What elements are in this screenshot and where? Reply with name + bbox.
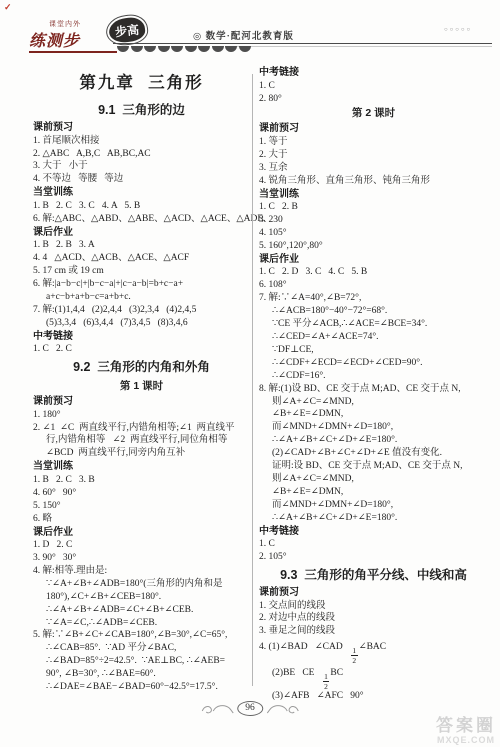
- answer-line: 1. C 2. B: [259, 201, 488, 214]
- answer-line: 1. B 2. B 3. A: [33, 239, 250, 252]
- answer-line: 而∠MND+∠DMN+∠D=180°,: [259, 421, 488, 434]
- fraction: 12: [351, 647, 358, 664]
- block-heading: 课前预习: [33, 395, 250, 409]
- answer-line: 180°),∠C+∠B+∠CEB=180°.: [33, 591, 250, 604]
- brand-name: 练测步: [29, 28, 80, 51]
- brand-badge: 步高: [108, 16, 146, 44]
- answer-line: 1. B 2. C 3. B: [33, 474, 250, 487]
- block-heading: 课后作业: [259, 253, 488, 267]
- answer-line: ∠B+∠E=∠DMN,: [259, 408, 488, 421]
- answer-line: ∴∠BAD=85°÷2=42.5°. ∵AE⊥BC, ∴∠AEB=: [33, 655, 250, 668]
- scallop-decoration: [117, 46, 251, 52]
- answer-line: 则∠A+∠C=∠MND,: [259, 473, 488, 486]
- edition-label: ◎ 数学·配河北教育版: [193, 28, 294, 42]
- answer-line: 行,内错角相等 ∠2 两直线平行,同位角相等: [33, 434, 250, 447]
- block-heading: 课前预习: [33, 121, 250, 135]
- answer-line: (5)3,3,4 (6)3,4,4 (7)3,4,5 (8)3,4,6: [33, 317, 250, 330]
- answer-line: 证明:设 BD、CE 交于点 M;AD、CE 交于点 N,: [259, 460, 488, 473]
- workbook-answer-page: ✓ 课堂内外 练测步 步高 ◎ 数学·配河北教育版 ○○○○○ 第九章 三角形9…: [0, 0, 500, 747]
- answer-line: ∴∠ACB=180°−40°−72°=68°.: [259, 305, 488, 318]
- answer-line: 而∠MND+∠DMN+∠D=180°,: [259, 499, 488, 512]
- answer-line: ∴∠CDF=16°.: [259, 370, 488, 383]
- watermark-title: 答案圈: [436, 717, 496, 735]
- answer-line: 4. 不等边 等腰 等边: [33, 173, 250, 186]
- chapter-title: 第九章 三角形: [33, 70, 250, 99]
- answer-line: 3. 大于 小于: [33, 160, 250, 173]
- block-heading: 中考链接: [259, 66, 488, 80]
- answer-line: 4. (1)∠BAD ∠CAD 12∠BAC: [259, 638, 488, 664]
- answer-line: ∴∠A+∠B+∠ADB=∠C+∠B+∠CEB.: [33, 604, 250, 617]
- answer-line: ∵CE 平分∠ACB,∴∠ACE=∠BCE=34°.: [259, 318, 488, 331]
- answer-line: ∵∠A=∠C,∴∠ADB=∠CEB.: [33, 617, 250, 630]
- lesson-title: 第 2 课时: [259, 105, 488, 122]
- answer-line: 7. 解:∵∠A=40°,∠B=72°,: [259, 292, 488, 305]
- block-heading: 课前预习: [259, 586, 488, 600]
- answer-line: 1. 首尾顺次相接: [33, 135, 250, 148]
- answer-line: 4. 4 △ACD、△ACB、△ACE、△ACF: [33, 252, 250, 265]
- brand-underline: [29, 51, 117, 53]
- flourish-right-icon: [266, 702, 300, 716]
- answer-line: 6. 解:△ABC、△ABD、△ABE、△ACD、△ACE、△ADE.: [33, 213, 250, 226]
- answer-line: ∵DF⊥CE,: [259, 344, 488, 357]
- answer-line: ∴∠DAE=∠BAE−∠BAD=60°−42.5°=17.5°.: [33, 681, 250, 694]
- answer-line: ∴∠CDF+∠ECD=∠ECD+∠CED=90°.: [259, 357, 488, 370]
- block-heading: 中考链接: [259, 525, 488, 539]
- answer-line: 1. D 2. C: [33, 539, 250, 552]
- answer-line: 5. 150°: [33, 500, 250, 513]
- answer-line: 2. 80°: [259, 93, 488, 106]
- answer-line: 1. C 2. C: [33, 343, 250, 356]
- answer-line: 3. 垂足之间的线段: [259, 625, 488, 638]
- flourish-left-icon: [200, 702, 234, 716]
- answer-line: a+c−b+a+b−c=a+b+c.: [33, 291, 250, 304]
- block-heading: 当堂训练: [33, 186, 250, 200]
- answer-line: 3. 230: [259, 214, 488, 227]
- lesson-title: 第 1 课时: [33, 378, 250, 395]
- answer-line: 4. 解:相等.理由是:: [33, 565, 250, 578]
- watermark-site: MXQE.COM: [436, 735, 496, 745]
- answer-line: (2)∠CAD+∠B+∠C+∠D+∠E 值没有变化.: [259, 447, 488, 460]
- page-number: 96: [237, 701, 263, 716]
- block-heading: 课后作业: [33, 226, 250, 240]
- answer-line: (2)BE CE 12BC: [259, 664, 488, 690]
- answer-line: 则∠A+∠C=∠MND,: [259, 396, 488, 409]
- answer-line: ∴∠CED=∠A+∠ACE=74°.: [259, 331, 488, 344]
- answer-line: 1. 交点间的线段: [259, 600, 488, 613]
- answer-line: 2. 大于: [259, 149, 488, 162]
- answer-line: ∠BCD 两直线平行,同旁内角互补: [33, 447, 250, 460]
- answer-line: 7. 解:(1)1,4,4 (2)2,4,4 (3)2,3,4 (4)2,4,5: [33, 304, 250, 317]
- header-rule: [113, 43, 492, 44]
- answer-line: 4. 锐角三角形、直角三角形、钝角三角形: [259, 175, 488, 188]
- answer-line: 2. △ABC A,B,C AB,BC,AC: [33, 148, 250, 161]
- answer-line: ∴∠A+∠B+∠C+∠D+∠E=180°.: [259, 434, 488, 447]
- right-column: 中考链接1. C2. 80°第 2 课时课前预习1. 等于2. 大于3. 互余4…: [259, 66, 488, 703]
- answer-line: 6. 108°: [259, 279, 488, 292]
- answer-line: ∴∠CAB=85°. ∵AD 平分∠BAC,: [33, 642, 250, 655]
- block-heading: 当堂训练: [33, 460, 250, 474]
- answer-line: ∴∠A+∠B+∠C+∠D+∠E=180°.: [259, 512, 488, 525]
- left-column: 第九章 三角形9.1 三角形的边课前预习1. 首尾顺次相接2. △ABC A,B…: [33, 70, 250, 694]
- section-title: 9.1 三角形的边: [33, 99, 250, 121]
- answer-line: 5. 解:∵∠B+∠C+∠CAB=180°,∠B=30°,∠C=65°,: [33, 629, 250, 642]
- block-heading: 中考链接: [33, 330, 250, 344]
- watermark: 答案圈 MXQE.COM: [436, 717, 496, 745]
- answer-line: 8. 解:(1)设 BD、CE 交于点 M;AD、CE 交于点 N,: [259, 383, 488, 396]
- answer-line: 1. 等于: [259, 136, 488, 149]
- answer-line: 1. C 2. D 3. C 4. C 5. B: [259, 266, 488, 279]
- answer-line: 2. 对边中点的线段: [259, 612, 488, 625]
- block-heading: 课前预习: [259, 122, 488, 136]
- corner-stamp-icon: ✓: [4, 2, 12, 13]
- answer-line: 4. 105°: [259, 227, 488, 240]
- page-footer: 96: [200, 701, 300, 716]
- answer-line: 1. 180°: [33, 409, 250, 422]
- answer-line: 2. ∠1 ∠C 两直线平行,内错角相等;∠1 两直线平: [33, 422, 250, 435]
- answer-line: 3. 90° 30°: [33, 552, 250, 565]
- answer-line: 5. 17 cm 或 19 cm: [33, 265, 250, 278]
- header-rule-shadow: [230, 46, 492, 47]
- block-heading: 课后作业: [33, 526, 250, 540]
- block-heading: 当堂训练: [259, 188, 488, 202]
- answer-line: ∠B+∠E=∠DMN,: [259, 486, 488, 499]
- section-title: 9.3 三角形的角平分线、中线和高: [259, 564, 488, 586]
- answer-line: 1. C: [259, 538, 488, 551]
- answer-line: ∵∠A+∠B+∠ADB=180°(三角形的内角和是: [33, 578, 250, 591]
- answer-line: 1. B 2. C 3. C 4. A 5. B: [33, 200, 250, 213]
- answer-line: 2. 105°: [259, 551, 488, 564]
- section-title: 9.2 三角形的内角和外角: [33, 356, 250, 378]
- answer-line: 1. C: [259, 80, 488, 93]
- answer-line: 90°, ∠B=30°, ∴∠BAE=60°.: [33, 668, 250, 681]
- column-divider: [252, 74, 253, 686]
- answer-line: 4. 60° 90°: [33, 487, 250, 500]
- answer-line: 6. 略: [33, 513, 250, 526]
- answer-line: 6. 解:|a−b−c|+|b−c−a|+|c−a−b|=b+c−a+: [33, 278, 250, 291]
- answer-line: 5. 160°,120°,80°: [259, 240, 488, 253]
- answer-line: 3. 互余: [259, 162, 488, 175]
- fraction: 12: [323, 673, 330, 690]
- header-dots-decoration: ○○○○○: [444, 27, 472, 33]
